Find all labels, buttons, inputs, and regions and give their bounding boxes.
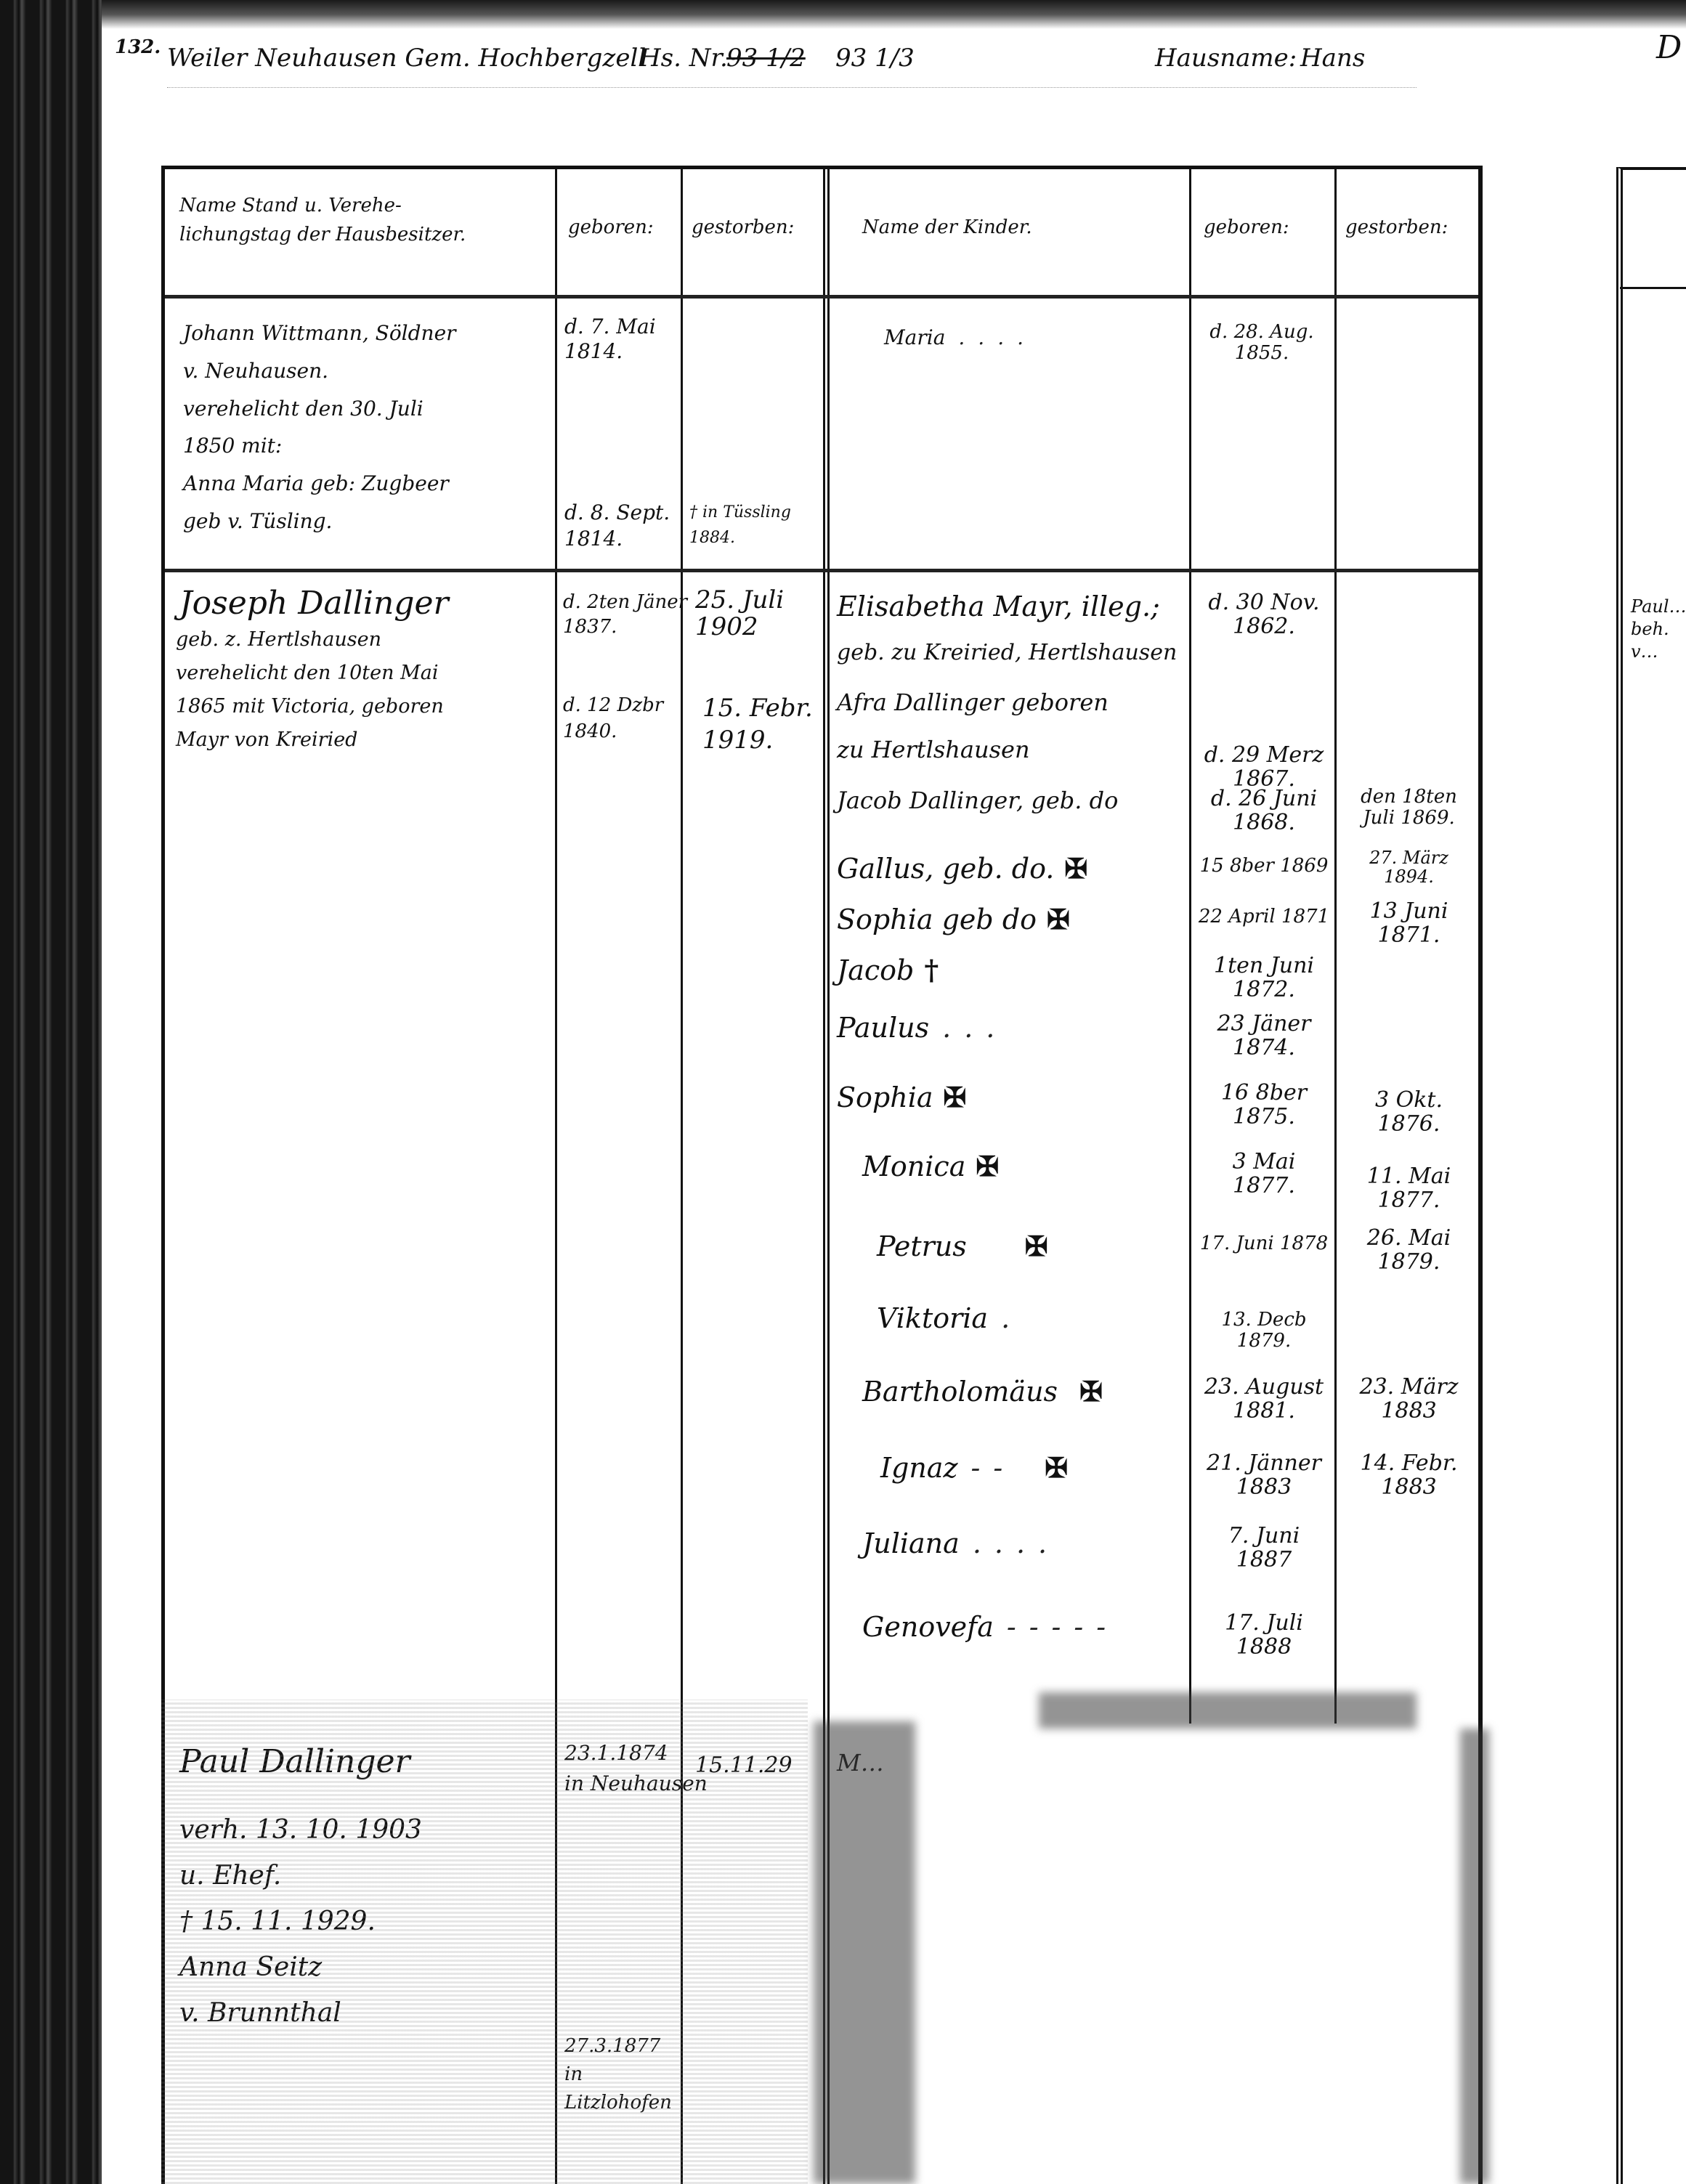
child-name: Genovefa----- xyxy=(862,1611,1119,1643)
child-name: Jacob† xyxy=(837,954,939,986)
adjacent-note: Paul… beh. v… xyxy=(1631,596,1686,664)
column-header-owner-born: geboren: xyxy=(568,213,654,242)
child-born: 17. Juli 1888 xyxy=(1195,1611,1333,1659)
child-born: 15 8ber 1869 xyxy=(1195,856,1333,877)
child-name: Sophia✠ xyxy=(837,1081,966,1113)
house-name-value: Hans xyxy=(1300,44,1365,73)
child-born: 16 8ber 1875. xyxy=(1195,1081,1333,1129)
child-died: 23. März 1883 xyxy=(1342,1375,1476,1423)
adjacent-page-header: D xyxy=(1656,29,1682,66)
house-number-new: 93 1/3 xyxy=(835,44,915,73)
child-born: 23 Jäner 1874. xyxy=(1195,1012,1333,1060)
child-name: Afra Dallinger geboren xyxy=(837,689,1109,716)
deceased-cross-icon: ✠ xyxy=(1064,852,1087,885)
adjacent-table-border xyxy=(1616,167,1686,2184)
column-divider xyxy=(1334,169,1337,1724)
page-number: 132. xyxy=(115,36,161,58)
child-name: Juliana.... xyxy=(862,1527,1060,1559)
child-name: Ignaz--✠ xyxy=(880,1451,1068,1484)
column-header-child-born: geboren: xyxy=(1204,213,1289,242)
house-number-old: 93 1/2 xyxy=(726,44,806,73)
scan-blot xyxy=(1460,1729,1489,2184)
entry-divider xyxy=(165,569,1478,572)
header-divider xyxy=(165,295,1478,299)
deceased-cross-icon: ✠ xyxy=(976,1150,999,1182)
spouse-2-died: 15. Febr. 1919. xyxy=(702,692,813,756)
child-died: 26. Mai 1879. xyxy=(1342,1226,1476,1274)
owner-2-born: d. 2ten Jäner 1837. xyxy=(563,590,687,640)
child-born: 13. Decb 1879. xyxy=(1195,1310,1333,1351)
child-died: 11. Mai 1877. xyxy=(1342,1164,1476,1212)
scan-shadow xyxy=(102,0,1686,29)
owner-2-died: 25. Juli 1902 xyxy=(695,587,784,641)
child-born: 23. August 1881. xyxy=(1195,1375,1333,1423)
spouse-1-died: † in Tüssling 1884. xyxy=(689,500,791,551)
deceased-cross-icon: † xyxy=(924,954,939,986)
house-name-label: Hausname: xyxy=(1155,44,1297,73)
house-number-label: Hs. Nr. xyxy=(639,44,728,73)
spouse-1-born: d. 8. Sept. 1814. xyxy=(564,500,670,553)
child-born: d. 29 Merz 1867. xyxy=(1195,743,1333,791)
deceased-cross-icon: ✠ xyxy=(1079,1375,1103,1408)
child-died: den 18ten Juli 1869. xyxy=(1342,787,1476,828)
child-born: 17. Juni 1878 xyxy=(1195,1233,1333,1254)
spouse-2-born: d. 12 Dzbr 1840. xyxy=(563,692,663,745)
child-born: 3 Mai 1877. xyxy=(1195,1150,1333,1198)
page-header: Weiler Neuhausen Gem. Hochbergzell Hs. N… xyxy=(167,44,1417,88)
deceased-cross-icon: ✠ xyxy=(1025,1230,1048,1262)
child-born: 1ten Juni 1872. xyxy=(1195,954,1333,1002)
child-name: Sophia geb do✠ xyxy=(837,903,1070,935)
adjacent-page: D Paul… beh. v… xyxy=(1547,0,1686,2184)
column-header-child-died: gestorben: xyxy=(1345,213,1448,242)
child-born: 7. Juni 1887 xyxy=(1195,1524,1333,1572)
owner-1-born: d. 7. Mai 1814. xyxy=(564,314,656,363)
child-name: Bartholomäus✠ xyxy=(862,1375,1103,1408)
child-born: 22 April 1871 xyxy=(1195,906,1333,927)
scan-blot xyxy=(1039,1692,1417,1729)
child-name: Petrus✠ xyxy=(877,1230,1048,1262)
child-name: Maria.... xyxy=(884,325,1037,349)
child-name: Gallus, geb. do.✠ xyxy=(837,852,1087,885)
child-born: 21. Jänner 1883 xyxy=(1195,1451,1333,1499)
child-died: 27. März 1894. xyxy=(1342,848,1476,887)
owner-name-2: Joseph Dallinger xyxy=(179,583,572,623)
child-name: Monica✠ xyxy=(862,1150,999,1182)
deceased-cross-icon: ✠ xyxy=(1047,903,1070,935)
column-divider xyxy=(1189,169,1191,1724)
scan-blot xyxy=(814,1721,915,2184)
adjacent-divider xyxy=(1620,287,1686,289)
child-name-note: geb. zu Kreiried, Hertlshausen xyxy=(837,640,1177,665)
child-name: Viktoria. xyxy=(877,1302,1023,1334)
child-name: Jacob Dallinger, geb. do xyxy=(837,787,1118,814)
child-died: 14. Febr. 1883 xyxy=(1342,1451,1476,1499)
book-binding xyxy=(0,0,102,2184)
deceased-cross-icon: ✠ xyxy=(944,1081,967,1113)
column-header-owner: Name Stand u. Verehe- lichungstag der Ha… xyxy=(179,191,543,250)
child-died: 3 Okt. 1876. xyxy=(1342,1088,1476,1136)
owner-entry-2: geb. z. Hertlshausen verehelicht den 10t… xyxy=(176,623,554,757)
column-header-child-name: Name der Kinder. xyxy=(862,213,1032,242)
deceased-cross-icon: ✠ xyxy=(1045,1451,1068,1484)
owner-entry-1: Johann Wittmann, Söldner v. Neuhausen. v… xyxy=(183,314,546,540)
child-born: d. 30 Nov. 1862. xyxy=(1195,590,1333,638)
child-name: Paulus... xyxy=(837,1012,1008,1044)
scan-shading xyxy=(161,1700,808,2184)
child-died: 13 Juni 1871. xyxy=(1342,899,1476,947)
child-name-note: zu Hertlshausen xyxy=(837,736,1030,763)
child-born: d. 28. Aug. 1855. xyxy=(1196,322,1327,363)
column-header-owner-died: gestorben: xyxy=(692,213,794,242)
village-name: Weiler Neuhausen Gem. Hochbergzell xyxy=(167,44,646,73)
child-born: d. 26 Juni 1868. xyxy=(1195,787,1333,835)
child-name: Elisabetha Mayr, illeg.; xyxy=(837,590,1160,622)
